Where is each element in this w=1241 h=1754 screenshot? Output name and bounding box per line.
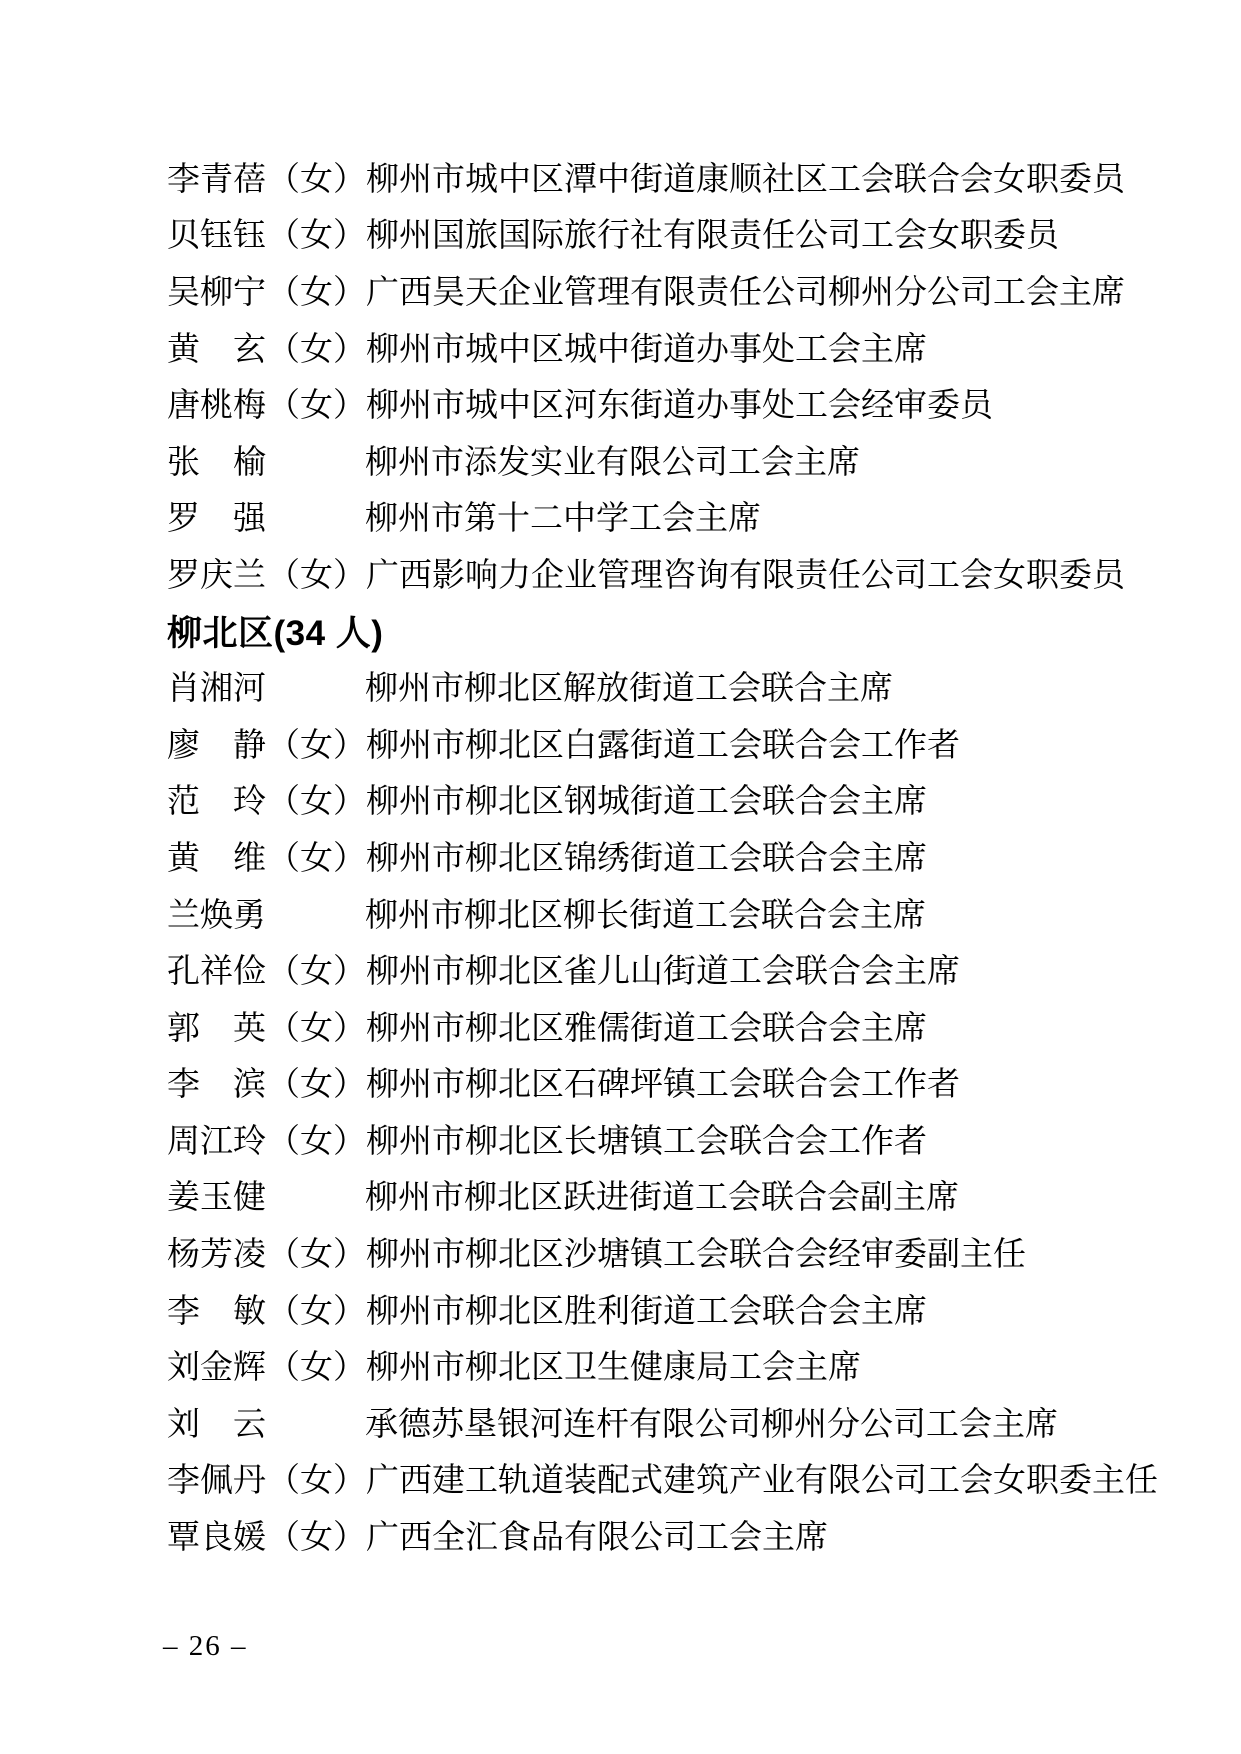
section-heading: 柳北区(34 人) xyxy=(167,605,1191,662)
person-name: 李 滨 xyxy=(167,1069,267,1102)
entry-row: 李青蓓 （女） 柳州市城中区潭中街道康顺社区工会联合会女职委员 xyxy=(167,152,1191,209)
entry-row: 刘金辉 （女） 柳州市柳北区卫生健康局工会主席 xyxy=(167,1340,1191,1397)
position-label: 承德苏垦银河连杆有限公司柳州分公司工会主席 xyxy=(365,1409,1191,1442)
document-page: 李青蓓 （女） 柳州市城中区潭中街道康顺社区工会联合会女职委员 贝钰钰 （女） … xyxy=(0,0,1241,1754)
entry-row: 李 敏 （女） 柳州市柳北区胜利街道工会联合会主席 xyxy=(167,1284,1191,1341)
position-label: 广西昊天企业管理有限责任公司柳州分公司工会主席 xyxy=(366,277,1191,310)
position-label: 柳州市城中区城中街道办事处工会主席 xyxy=(366,334,1191,367)
entry-row: 郭 英 （女） 柳州市柳北区雅儒街道工会联合会主席 xyxy=(167,1001,1191,1058)
person-name: 杨芳凌 xyxy=(167,1239,267,1272)
position-label: 柳州市柳北区长塘镇工会联合会工作者 xyxy=(366,1126,1191,1159)
gender-label: （女） xyxy=(267,1013,366,1046)
position-label: 柳州市柳北区石碑坪镇工会联合会工作者 xyxy=(366,1069,1191,1102)
gender-label: （女） xyxy=(267,1352,366,1385)
person-name: 李 敏 xyxy=(167,1296,267,1329)
person-name: 黄 玄 xyxy=(167,334,267,367)
gender-label: （女） xyxy=(267,843,366,876)
gender-label: （女） xyxy=(267,1465,366,1498)
person-name: 姜玉健 xyxy=(167,1182,267,1215)
position-label: 柳州市柳北区沙塘镇工会联合会经审委副主任 xyxy=(366,1239,1191,1272)
gender-label: （女） xyxy=(267,1522,366,1555)
position-label: 柳州市添发实业有限公司工会主席 xyxy=(365,447,1191,480)
page-number: – 26 – xyxy=(163,1630,248,1663)
position-label: 柳州市柳北区锦绣街道工会联合会主席 xyxy=(366,843,1191,876)
entry-row: 唐桃梅 （女） 柳州市城中区河东街道办事处工会经审委员 xyxy=(167,378,1191,435)
gender-label: （女） xyxy=(267,220,366,253)
section-heading-text: 柳北区(34 人) xyxy=(167,616,383,651)
position-label: 广西影响力企业管理咨询有限责任公司工会女职委员 xyxy=(366,560,1191,593)
gender-label: （女） xyxy=(267,277,366,310)
person-name: 李青蓓 xyxy=(167,164,267,197)
person-name: 覃良媛 xyxy=(167,1522,267,1555)
person-name: 罗 强 xyxy=(167,503,267,536)
entry-row: 黄 维 （女） 柳州市柳北区锦绣街道工会联合会主席 xyxy=(167,831,1191,888)
entry-row: 姜玉健 柳州市柳北区跃进街道工会联合会副主席 xyxy=(167,1171,1191,1228)
position-label: 柳州市柳北区胜利街道工会联合会主席 xyxy=(366,1296,1191,1329)
gender-label: （女） xyxy=(267,390,366,423)
person-name: 黄 维 xyxy=(167,843,267,876)
person-name: 唐桃梅 xyxy=(167,390,267,423)
gender-label: （女） xyxy=(267,1239,366,1272)
entry-row: 孔祥俭 （女） 柳州市柳北区雀儿山街道工会联合会主席 xyxy=(167,944,1191,1001)
entry-row: 廖 静 （女） 柳州市柳北区白露街道工会联合会工作者 xyxy=(167,718,1191,775)
position-label: 柳州国旅国际旅行社有限责任公司工会女职委员 xyxy=(366,220,1191,253)
person-name: 张 榆 xyxy=(167,447,267,480)
person-name: 吴柳宁 xyxy=(167,277,267,310)
position-label: 广西建工轨道装配式建筑产业有限公司工会女职委主任 xyxy=(366,1465,1191,1498)
position-label: 柳州市柳北区白露街道工会联合会工作者 xyxy=(366,730,1191,763)
position-label: 柳州市柳北区卫生健康局工会主席 xyxy=(366,1352,1191,1385)
person-name: 范 玲 xyxy=(167,786,267,819)
entry-row: 贝钰钰 （女） 柳州国旅国际旅行社有限责任公司工会女职委员 xyxy=(167,209,1191,266)
gender-label: （女） xyxy=(267,730,366,763)
person-name: 贝钰钰 xyxy=(167,220,267,253)
entry-row: 覃良媛 （女） 广西全汇食品有限公司工会主席 xyxy=(167,1510,1191,1567)
person-name: 罗庆兰 xyxy=(167,560,267,593)
entry-row: 罗庆兰 （女） 广西影响力企业管理咨询有限责任公司工会女职委员 xyxy=(167,548,1191,605)
position-label: 柳州市柳北区钢城街道工会联合会主席 xyxy=(366,786,1191,819)
position-label: 柳州市城中区潭中街道康顺社区工会联合会女职委员 xyxy=(366,164,1191,197)
gender-label: （女） xyxy=(267,1126,366,1159)
person-name: 郭 英 xyxy=(167,1013,267,1046)
gender-label: （女） xyxy=(267,1296,366,1329)
position-label: 柳州市柳北区跃进街道工会联合会副主席 xyxy=(365,1182,1191,1215)
position-label: 柳州市柳北区柳长街道工会联合会主席 xyxy=(365,900,1191,933)
entry-row: 杨芳凌 （女） 柳州市柳北区沙塘镇工会联合会经审委副主任 xyxy=(167,1227,1191,1284)
position-label: 广西全汇食品有限公司工会主席 xyxy=(366,1522,1191,1555)
person-name: 刘金辉 xyxy=(167,1352,267,1385)
position-label: 柳州市柳北区解放街道工会联合主席 xyxy=(365,673,1191,706)
entry-row: 兰焕勇 柳州市柳北区柳长街道工会联合会主席 xyxy=(167,888,1191,945)
entry-row: 张 榆 柳州市添发实业有限公司工会主席 xyxy=(167,435,1191,492)
gender-label: （女） xyxy=(267,786,366,819)
entry-row: 李佩丹 （女） 广西建工轨道装配式建筑产业有限公司工会女职委主任 xyxy=(167,1454,1191,1511)
person-name: 刘 云 xyxy=(167,1409,267,1442)
entry-row: 吴柳宁 （女） 广西昊天企业管理有限责任公司柳州分公司工会主席 xyxy=(167,265,1191,322)
gender-label: （女） xyxy=(267,956,366,989)
position-label: 柳州市城中区河东街道办事处工会经审委员 xyxy=(366,390,1191,423)
person-name: 兰焕勇 xyxy=(167,900,267,933)
entry-row: 肖湘河 柳州市柳北区解放街道工会联合主席 xyxy=(167,661,1191,718)
gender-label: （女） xyxy=(267,164,366,197)
entry-row: 李 滨 （女） 柳州市柳北区石碑坪镇工会联合会工作者 xyxy=(167,1058,1191,1115)
person-name: 孔祥俭 xyxy=(167,956,267,989)
position-label: 柳州市第十二中学工会主席 xyxy=(365,503,1191,536)
entry-row: 黄 玄 （女） 柳州市城中区城中街道办事处工会主席 xyxy=(167,322,1191,379)
person-name: 肖湘河 xyxy=(167,673,267,706)
entry-row: 范 玲 （女） 柳州市柳北区钢城街道工会联合会主席 xyxy=(167,775,1191,832)
roster-list: 李青蓓 （女） 柳州市城中区潭中街道康顺社区工会联合会女职委员 贝钰钰 （女） … xyxy=(167,152,1191,1567)
position-label: 柳州市柳北区雀儿山街道工会联合会主席 xyxy=(366,956,1191,989)
person-name: 李佩丹 xyxy=(167,1465,267,1498)
entry-row: 刘 云 承德苏垦银河连杆有限公司柳州分公司工会主席 xyxy=(167,1397,1191,1454)
entry-row: 周江玲 （女） 柳州市柳北区长塘镇工会联合会工作者 xyxy=(167,1114,1191,1171)
entry-row: 罗 强 柳州市第十二中学工会主席 xyxy=(167,492,1191,549)
person-name: 周江玲 xyxy=(167,1126,267,1159)
person-name: 廖 静 xyxy=(167,730,267,763)
position-label: 柳州市柳北区雅儒街道工会联合会主席 xyxy=(366,1013,1191,1046)
gender-label: （女） xyxy=(267,334,366,367)
gender-label: （女） xyxy=(267,560,366,593)
gender-label: （女） xyxy=(267,1069,366,1102)
